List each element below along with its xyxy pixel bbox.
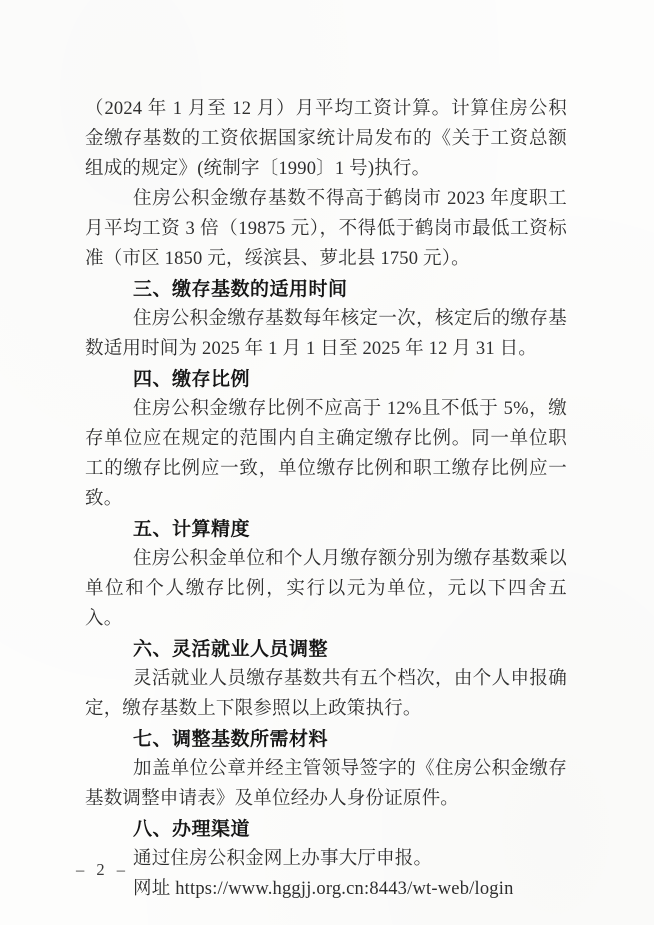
document-heading: 八、办理渠道 [85, 814, 567, 844]
page-number: – 2 – [76, 858, 129, 882]
document-heading: 六、灵活就业人员调整 [85, 634, 567, 664]
document-heading: 四、缴存比例 [85, 364, 567, 394]
document-paragraph: 灵活就业人员缴存基数共有五个档次，由个人申报确定，缴存基数上下限参照以上政策执行… [85, 664, 567, 724]
document-heading: 三、缴存基数的适用时间 [85, 274, 567, 304]
document-paragraph: （2024 年 1 月至 12 月）月平均工资计算。计算住房公积金缴存基数的工资… [85, 94, 567, 184]
document-paragraph: 住房公积金缴存基数不得高于鹤岗市 2023 年度职工月平均工资 3 倍（1987… [85, 184, 567, 274]
document-paragraph: 网址 https://www.hggjj.org.cn:8443/wt-web/… [85, 874, 567, 904]
document-heading: 七、调整基数所需材料 [85, 724, 567, 754]
scanned-document-page: （2024 年 1 月至 12 月）月平均工资计算。计算住房公积金缴存基数的工资… [0, 0, 654, 925]
document-paragraph: 住房公积金单位和个人月缴存额分别为缴存基数乘以单位和个人缴存比例，实行以元为单位… [85, 544, 567, 634]
document-heading: 五、计算精度 [85, 514, 567, 544]
document-paragraph: 通过住房公积金网上办事大厅申报。 [85, 844, 567, 874]
document-body: （2024 年 1 月至 12 月）月平均工资计算。计算住房公积金缴存基数的工资… [85, 94, 567, 904]
document-paragraph: 加盖单位公章并经主管领导签字的《住房公积金缴存基数调整申请表》及单位经办人身份证… [85, 754, 567, 814]
document-paragraph: 住房公积金缴存比例不应高于 12%且不低于 5%，缴存单位应在规定的范围内自主确… [85, 394, 567, 514]
document-paragraph: 住房公积金缴存基数每年核定一次，核定后的缴存基数适用时间为 2025 年 1 月… [85, 304, 567, 364]
